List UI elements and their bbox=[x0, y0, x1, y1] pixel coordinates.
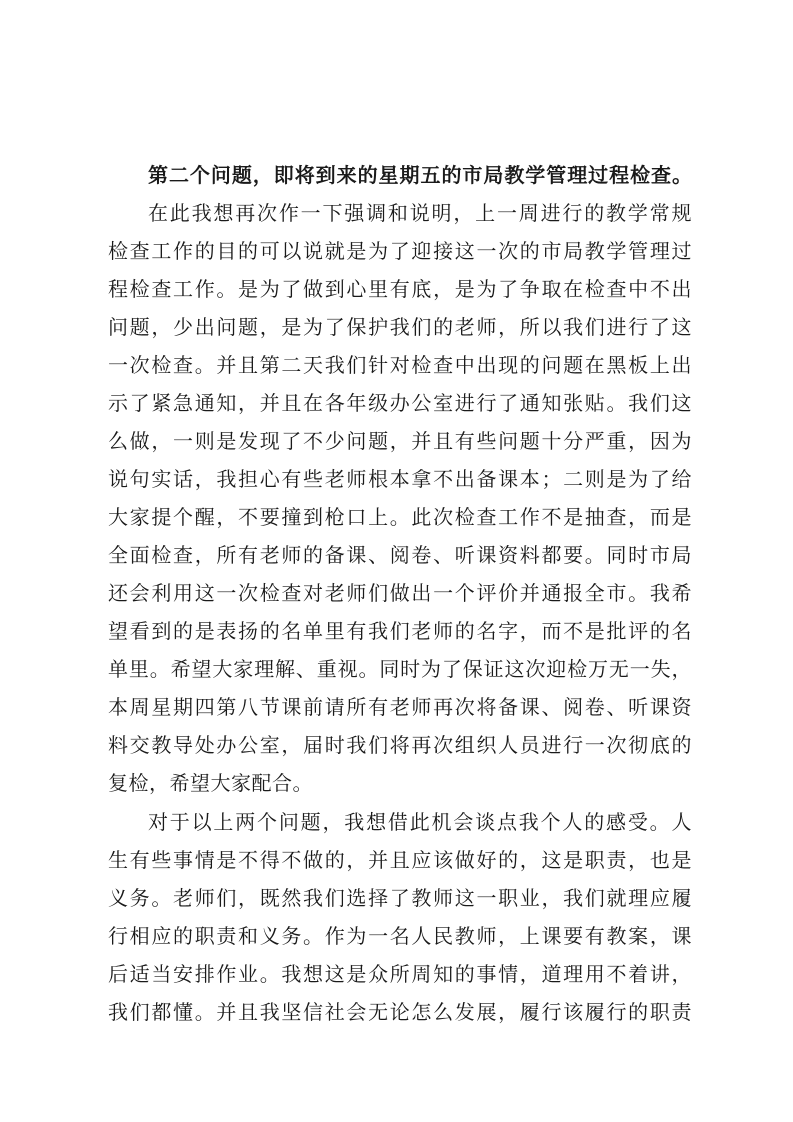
paragraph-line: 单里。希望大家理解、重视。同时为了保证这次迎检万无一失， bbox=[108, 654, 692, 684]
paragraph-line: 后适当安排作业。我想这是众所周知的事情，道理用不着讲， bbox=[108, 959, 692, 989]
paragraph-line: 我们都懂。并且我坚信社会无论怎么发展，履行该履行的职责 bbox=[108, 997, 692, 1027]
paragraph-line: 生有些事情是不得不做的，并且应该做好的，这是职责，也是 bbox=[108, 845, 692, 875]
paragraph-line: 在此我想再次作一下强调和说明，上一周进行的教学常规 bbox=[148, 198, 692, 228]
paragraph-line: 义务。老师们，既然我们选择了教师这一职业，我们就理应履 bbox=[108, 883, 692, 913]
paragraph-line: 还会利用这一次检查对老师们做出一个评价并通报全市。我希 bbox=[108, 578, 692, 608]
paragraph-line: 么做，一则是发现了不少问题，并且有些问题十分严重，因为 bbox=[108, 426, 692, 456]
paragraph-line: 料交教导处办公室，届时我们将再次组织人员进行一次彻底的 bbox=[108, 730, 692, 760]
paragraph-line: 对于以上两个问题，我想借此机会谈点我个人的感受。人 bbox=[148, 807, 692, 837]
paragraph-line: 程检查工作。是为了做到心里有底，是为了争取在检查中不出 bbox=[108, 274, 692, 304]
paragraph-line: 本周星期四第八节课前请所有老师再次将备课、阅卷、听课资 bbox=[108, 692, 692, 722]
paragraph-line: 大家提个醒，不要撞到枪口上。此次检查工作不是抽查，而是 bbox=[108, 502, 692, 532]
paragraph-line: 复检，希望大家配合。 bbox=[108, 768, 692, 798]
paragraph-line: 一次检查。并且第二天我们针对检查中出现的问题在黑板上出 bbox=[108, 350, 692, 380]
paragraph-line: 全面检查，所有老师的备课、阅卷、听课资料都要。同时市局 bbox=[108, 540, 692, 570]
paragraph-line: 行相应的职责和义务。作为一名人民教师，上课要有教案，课 bbox=[108, 921, 692, 951]
paragraph-line: 检查工作的目的可以说就是为了迎接这一次的市局教学管理过 bbox=[108, 236, 692, 266]
section-heading: 第二个问题，即将到来的星期五的市局教学管理过程检查。 bbox=[148, 160, 692, 190]
paragraph-line: 示了紧急通知，并且在各年级办公室进行了通知张贴。我们这 bbox=[108, 388, 692, 418]
paragraph-line: 问题，少出问题，是为了保护我们的老师，所以我们进行了这 bbox=[108, 312, 692, 342]
paragraph-line: 说句实话，我担心有些老师根本拿不出备课本；二则是为了给 bbox=[108, 464, 692, 494]
paragraph-line: 望看到的是表扬的名单里有我们老师的名字，而不是批评的名 bbox=[108, 616, 692, 646]
document-page: 第二个问题，即将到来的星期五的市局教学管理过程检查。在此我想再次作一下强调和说明… bbox=[0, 0, 793, 1122]
